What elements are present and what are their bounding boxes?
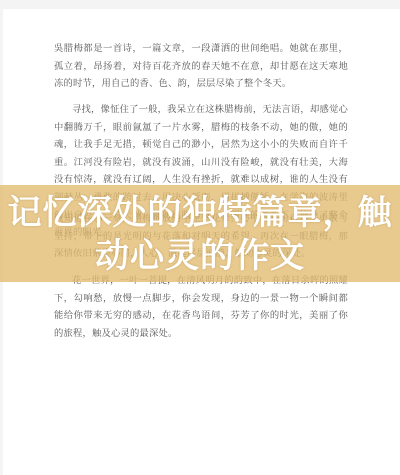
article-title: 记忆深处的独特篇章，触 动心灵的作文: [0, 192, 400, 278]
paragraph-4: 花一世界，一叶一菩提，在清风明月的韵致中，在落日余晖的照耀下，勾响愁，放慢一点脚…: [54, 272, 348, 342]
paragraph-1: 吳腊梅都是一首诗，一篇文章，一段潇洒的世间绝唱。她就在那里，孤立着，昂扬着，对待…: [54, 40, 348, 93]
title-line-2: 动心灵的作文: [0, 235, 400, 278]
title-line-1: 记忆深处的独特篇章，触: [0, 192, 400, 235]
